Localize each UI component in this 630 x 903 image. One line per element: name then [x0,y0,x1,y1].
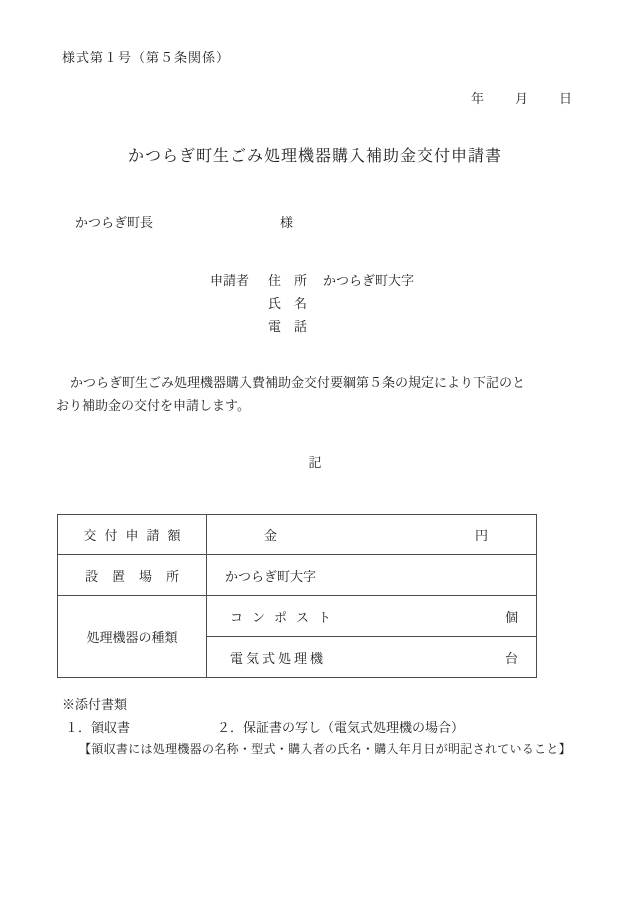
application-form-page: 様式第１号（第５条関係） 年 月 日 かつらぎ町生ごみ処理機器購入補助金交付申請… [0,0,630,903]
amount-value-cell: 金 円 [207,515,537,555]
compost-cell: コンポスト 個 [207,596,537,637]
compost-unit-label: 個 [505,607,518,626]
place-row: 設置場所 かつらぎ町大字 [58,555,537,596]
date-day-label: 日 [559,88,572,107]
addressee-line: かつらぎ町長様 [75,212,293,231]
section-marker: 記 [0,452,630,471]
form-number: 様式第１号（第５条関係） [62,47,230,66]
date-month-label: 月 [515,88,528,107]
attachments-heading: ※添付書類 [62,694,127,713]
amount-fill-area: 金 円 [207,525,536,544]
place-header-label: 設置場所 [85,569,193,584]
compost-label: コンポスト [230,607,340,626]
applicant-label: 申請者 [210,269,268,292]
attachment-item-1: １．領収書 [65,717,130,736]
application-table: 交付申請額 金 円 設置場所 かつらぎ町大字 処理機器の種類 [57,514,537,678]
amount-unit-label: 円 [475,525,488,544]
applicant-label-spacer [210,292,268,315]
applicant-name-row: 氏 名 [210,292,414,315]
amount-row: 交付申請額 金 円 [58,515,537,555]
amount-header-label: 交付申請額 [83,528,188,543]
compost-row: 処理機器の種類 コンポスト 個 [58,596,537,637]
attachment-item-2: ２．保証書の写し（電気式処理機の場合） [217,717,464,736]
applicant-label-spacer [210,315,268,338]
electric-cell: 電気式処理機 台 [207,637,537,678]
place-value-cell: かつらぎ町大字 [207,555,537,596]
date-year-label: 年 [471,88,484,107]
amount-prefix-label: 金 [264,525,277,544]
body-paragraph: かつらぎ町生ごみ処理機器購入費補助金交付要綱第５条の規定により下記のとおり補助金… [56,371,534,417]
addressee-name: かつらぎ町長 [75,215,153,230]
electric-label: 電気式処理機 [230,648,326,667]
equipment-type-header-cell: 処理機器の種類 [58,596,207,678]
compost-fill-area: コンポスト 個 [207,607,536,626]
electric-fill-area: 電気式処理機 台 [207,648,536,667]
attachments-items: １．領収書 ２．保証書の写し（電気式処理機の場合） [65,717,464,736]
applicant-phone-row: 電 話 [210,315,414,338]
addressee-honorific: 様 [280,215,293,230]
receipt-caution-note: 【領収書には処理機器の名称・型式・購入者の氏名・購入年月日が明記されていること】 [79,740,571,757]
equipment-type-header-label: 処理機器の種類 [86,630,177,645]
address-value: かつらぎ町大字 [323,269,414,292]
name-label: 氏 名 [268,292,323,315]
document-title: かつらぎ町生ごみ処理機器購入補助金交付申請書 [0,143,630,166]
date-line: 年 月 日 [471,88,572,107]
address-label: 住 所 [268,269,323,292]
electric-unit-label: 台 [505,648,518,667]
place-header-cell: 設置場所 [58,555,207,596]
place-value: かつらぎ町大字 [207,566,536,585]
applicant-address-row: 申請者 住 所 かつらぎ町大字 [210,269,414,292]
applicant-block: 申請者 住 所 かつらぎ町大字 氏 名 電 話 [210,269,414,338]
amount-header-cell: 交付申請額 [58,515,207,555]
phone-label: 電 話 [268,315,323,338]
